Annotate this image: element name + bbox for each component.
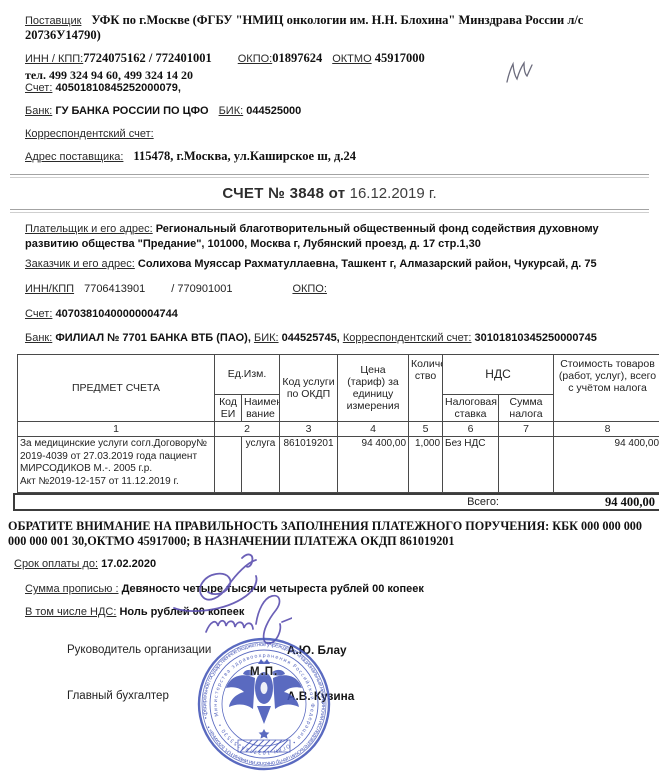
row-total: 94 400,00 — [554, 437, 659, 493]
payer-okpo-label: ОКПО: — [292, 283, 326, 295]
row-vat-sum — [499, 437, 554, 493]
due-date-value: 17.02.2020 — [101, 558, 156, 570]
total-value: 94 400,00 — [499, 495, 659, 510]
col-vat-group-header: НДС — [443, 355, 554, 395]
stamp-place-label: М.П. — [250, 666, 278, 678]
supplier-okpo: 01897624 — [272, 51, 322, 65]
supplier-inn-kpp-label: ИНН / КПП: — [25, 53, 83, 65]
col-subject-header: ПРЕДМЕТ СЧЕТА — [18, 355, 215, 422]
supplier-phone: тел. 499 324 94 60, 499 324 14 20 — [25, 69, 651, 82]
invoice-title: СЧЕТ № 3848 от 16.12.2019 г. — [8, 185, 651, 202]
supplier-bik-label: БИК: — [219, 105, 244, 117]
due-date-label: Срок оплаты до: — [14, 558, 98, 570]
payer-section: Плательщик и его адрес: Региональный бла… — [8, 222, 651, 346]
accountant-name: А.В. Кузина — [287, 689, 354, 703]
col-price-header: Цена (тариф) за единицу измерения — [338, 355, 409, 422]
col-num-8: 8 — [554, 422, 659, 437]
col-num-2: 2 — [215, 422, 280, 437]
director-name: А.Ю. Блау — [287, 643, 347, 657]
col-num-3: 3 — [280, 422, 338, 437]
row-service-code: 861019201 — [280, 437, 338, 493]
supplier-account-label: Счет: — [25, 82, 52, 94]
payer-corr: 30101810345250000745 — [475, 332, 597, 344]
accountant-signature-row: Главный бухгалтер А.В. Кузина — [8, 686, 651, 706]
row-qty: 1,000 — [409, 437, 443, 493]
col-service-code-header: Код услуги по ОКДП — [280, 355, 338, 422]
col-total-header: Стоимость товаров (работ, услуг), всего … — [554, 355, 659, 422]
col-qty-header: Количе ство — [409, 355, 443, 422]
supplier-section: ПоставщикУФК по г.Москве (ФГБУ "НМИЦ онк… — [8, 13, 651, 164]
row-unit-code — [215, 437, 242, 493]
supplier-label: Поставщик — [25, 15, 81, 27]
col-num-6: 6 — [443, 422, 499, 437]
row-price: 94 400,00 — [338, 437, 409, 493]
stamp-hatched-band — [238, 740, 290, 752]
payer-inn-kpp-label: ИНН/КПП — [25, 283, 74, 295]
payer-bik-label: БИК: — [254, 332, 279, 344]
supplier-name: УФК по г.Москве (ФГБУ "НМИЦ онкологии им… — [25, 13, 583, 42]
supplier-address: 115478, г.Москва, ул.Каширское ш, д.24 — [133, 149, 356, 163]
amount-words-value: Девяносто четыре тысячи четыреста рублей… — [122, 583, 424, 595]
payer-label: Плательщик и его адрес: — [25, 223, 153, 235]
col-vat-rate-header: Налоговая ставка — [443, 395, 499, 422]
supplier-corr-label: Корреспондентский счет: — [25, 128, 154, 140]
row-vat-rate: Без НДС — [443, 437, 499, 493]
director-role: Руководитель организации — [67, 644, 287, 656]
accountant-role: Главный бухгалтер — [67, 690, 287, 702]
row-subject: За медицинские услуги согл.Договору№ 201… — [18, 437, 215, 493]
payer-kpp: / 770901001 — [171, 283, 232, 295]
row-unit-name: услуга — [242, 437, 280, 493]
director-signature-row: Руководитель организации А.Ю. Блау — [8, 640, 651, 660]
payer-bank: ФИЛИАЛ № 7701 БАНКА ВТБ (ПАО), — [55, 332, 251, 344]
vat-words-line: В том числе НДС: Ноль рублей 00 копеек — [8, 605, 651, 619]
items-table: ПРЕДМЕТ СЧЕТА Ед.Изм. Код услуги по ОКДП… — [17, 354, 659, 493]
divider-top — [10, 174, 649, 178]
divider-below-title — [10, 209, 649, 213]
supplier-oktmo: 45917000 — [375, 51, 425, 65]
customer-text: Солихова Муяссар Рахматуллаевна, Ташкент… — [138, 258, 597, 270]
amount-words-label: Сумма прописью : — [25, 583, 119, 595]
payer-corr-label: Корреспондентский счет: — [343, 332, 472, 344]
vat-words-value: Ноль рублей 00 копеек — [119, 606, 244, 618]
supplier-okpo-label: ОКПО: — [238, 53, 272, 65]
col-num-5: 5 — [409, 422, 443, 437]
amount-words-line: Сумма прописью : Девяносто четыре тысячи… — [8, 582, 651, 596]
table-row: За медицинские услуги согл.Договору№ 201… — [18, 437, 659, 493]
col-unit-name-header: Наимено вание — [242, 395, 280, 422]
invoice-date: 16.12.2019 г. — [350, 185, 437, 202]
total-label: Всего: — [467, 496, 499, 508]
supplier-bank: ГУ БАНКА РОССИИ ПО ЦФО — [55, 105, 208, 117]
invoice-document: ПоставщикУФК по г.Москве (ФГБУ "НМИЦ онк… — [0, 0, 659, 776]
payer-account-label: Счет: — [25, 308, 52, 320]
supplier-bik: 044525000 — [246, 105, 301, 117]
payment-notice: ОБРАТИТЕ ВНИМАНИЕ НА ПРАВИЛЬНОСТЬ ЗАПОЛН… — [8, 519, 659, 549]
payer-account: 40703810400000004744 — [55, 308, 177, 320]
customer-label: Заказчик и его адрес: — [25, 258, 135, 270]
col-num-1: 1 — [18, 422, 215, 437]
column-number-row: 1 2 3 4 5 6 7 8 — [18, 422, 659, 437]
invoice-number: СЧЕТ № 3848 от — [222, 185, 345, 202]
supplier-address-label: Адрес поставщика: — [25, 151, 123, 163]
col-unit-group-header: Ед.Изм. — [215, 355, 280, 395]
payer-bik: 044525745, — [282, 332, 340, 344]
col-num-7: 7 — [499, 422, 554, 437]
supplier-oktmo-label: ОКТМО — [332, 53, 371, 65]
col-num-4: 4 — [338, 422, 409, 437]
supplier-inn-kpp: 7724075162 / 772401001 — [83, 51, 211, 65]
supplier-bank-label: Банк: — [25, 105, 52, 117]
supplier-account: 40501810845252000079, — [55, 82, 180, 94]
total-row: Всего: 94 400,00 — [13, 493, 659, 511]
payer-inn: 7706413901 — [84, 283, 145, 295]
vat-words-label: В том числе НДС: — [25, 606, 116, 618]
due-date-line: Срок оплаты до: 17.02.2020 — [8, 557, 651, 571]
col-vat-sum-header: Сумма налога — [499, 395, 554, 422]
col-unit-code-header: Код ЕИ — [215, 395, 242, 422]
payer-bank-label: Банк: — [25, 332, 52, 344]
